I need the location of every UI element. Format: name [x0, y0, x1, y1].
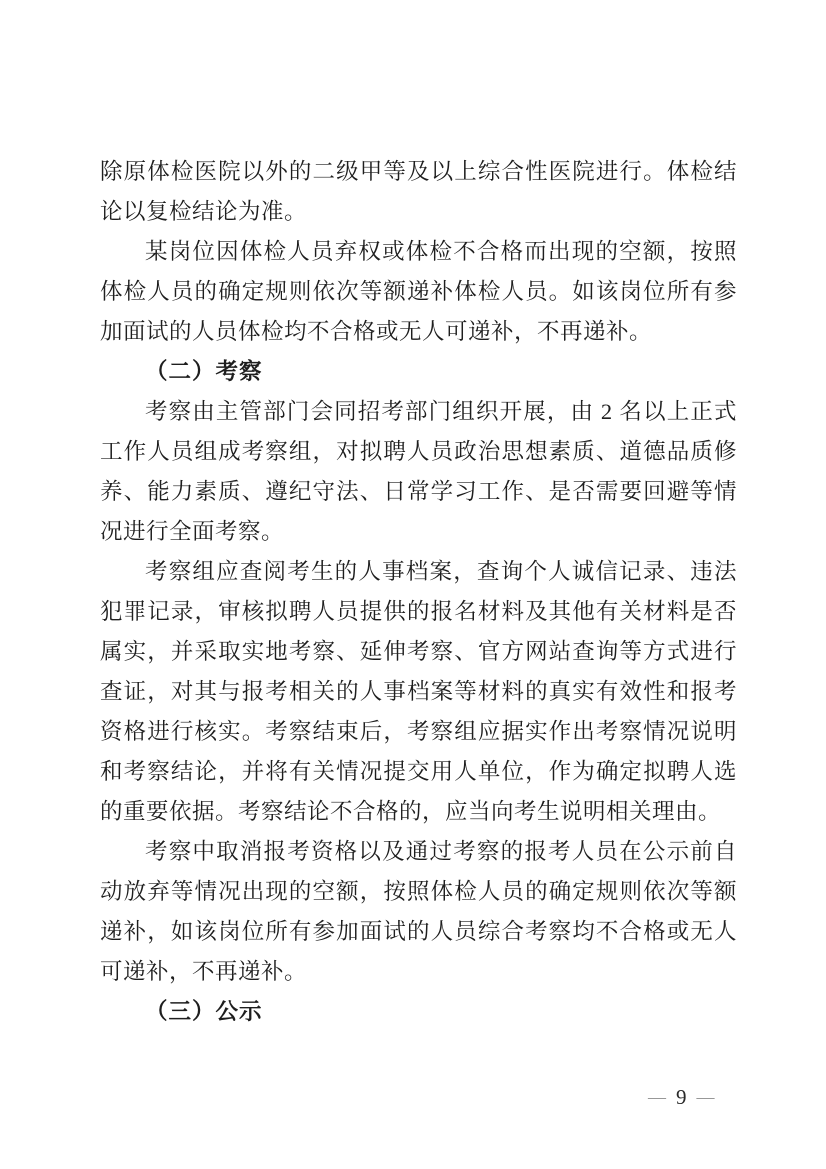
footer-left-dash: — [648, 1082, 666, 1112]
paragraph: 某岗位因体检人员弃权或体检不合格而出现的空额，按照体检人员的确定规则依次等额递补… [100, 232, 737, 352]
page-footer: — 9 — [648, 1082, 715, 1112]
document-body: 除原体检医院以外的二级甲等及以上综合性医院进行。体检结论以复检结论为准。某岗位因… [100, 152, 737, 1032]
page-number: 9 [676, 1082, 687, 1112]
footer-right-dash: — [697, 1082, 715, 1112]
section-heading: （三）公示 [100, 992, 737, 1032]
paragraph: 考察中取消报考资格以及通过考察的报考人员在公示前自动放弃等情况出现的空额，按照体… [100, 832, 737, 992]
paragraph: 考察组应查阅考生的人事档案，查询个人诚信记录、违法犯罪记录，审核拟聘人员提供的报… [100, 552, 737, 832]
paragraph: 考察由主管部门会同招考部门组织开展，由 2 名以上正式工作人员组成考察组，对拟聘… [100, 392, 737, 552]
section-heading: （二）考察 [100, 352, 737, 392]
paragraph: 除原体检医院以外的二级甲等及以上综合性医院进行。体检结论以复检结论为准。 [100, 152, 737, 232]
document-page: 除原体检医院以外的二级甲等及以上综合性医院进行。体检结论以复检结论为准。某岗位因… [0, 0, 826, 1169]
